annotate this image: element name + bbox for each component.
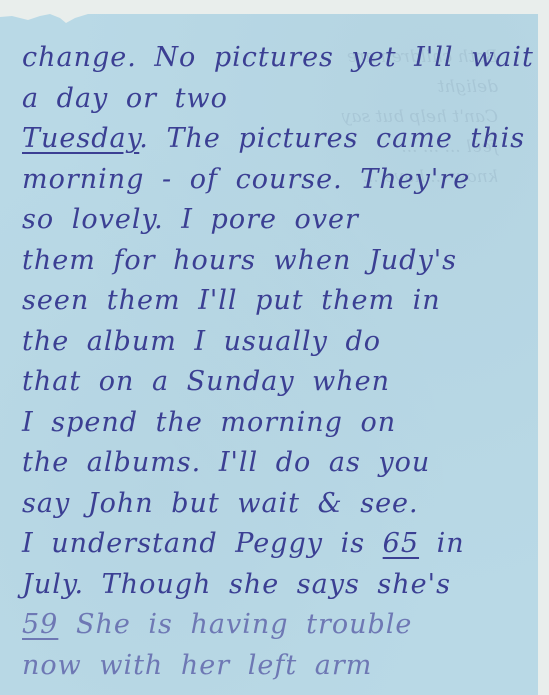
letter-line-15-rest: She is having trouble [58, 609, 412, 640]
letter-line-9: that on a Sunday when [22, 362, 532, 403]
underlined-age-59: 59 [22, 609, 58, 640]
handwritten-letter-body: change. No pictures yet I'll wait a day … [22, 38, 532, 686]
letter-line-4: morning - of course. They're [22, 160, 532, 201]
letter-line-3-rest: . The pictures came this [139, 123, 525, 154]
letter-line-11: the albums. I'll do as you [22, 443, 532, 484]
letter-line-13-end: in [419, 528, 465, 559]
letter-line-3: Tuesday. The pictures came this [22, 119, 532, 160]
letter-line-13: I understand Peggy is 65 in [22, 524, 532, 565]
letter-line-6: them for hours when Judy's [22, 241, 532, 282]
letter-line-7: seen them I'll put them in [22, 281, 532, 322]
letter-line-10: I spend the morning on [22, 403, 532, 444]
scanned-letter-page: Both children are delight Can't help but… [0, 0, 549, 695]
letter-line-13-start: I understand Peggy is [22, 528, 383, 559]
letter-line-8: the album I usually do [22, 322, 532, 363]
underlined-day-tuesday: Tuesday [22, 123, 139, 154]
letter-line-5: so lovely. I pore over [22, 200, 532, 241]
letter-line-15: 59 She is having trouble [22, 605, 532, 646]
letter-line-14: July. Though she says she's [22, 565, 532, 606]
letter-line-1: change. No pictures yet I'll wait [22, 38, 532, 79]
letter-line-16: now with her left arm [22, 646, 532, 687]
letter-line-2: a day or two [22, 79, 532, 120]
letter-line-12: say John but wait & see. [22, 484, 532, 525]
underlined-age-65: 65 [383, 528, 419, 559]
